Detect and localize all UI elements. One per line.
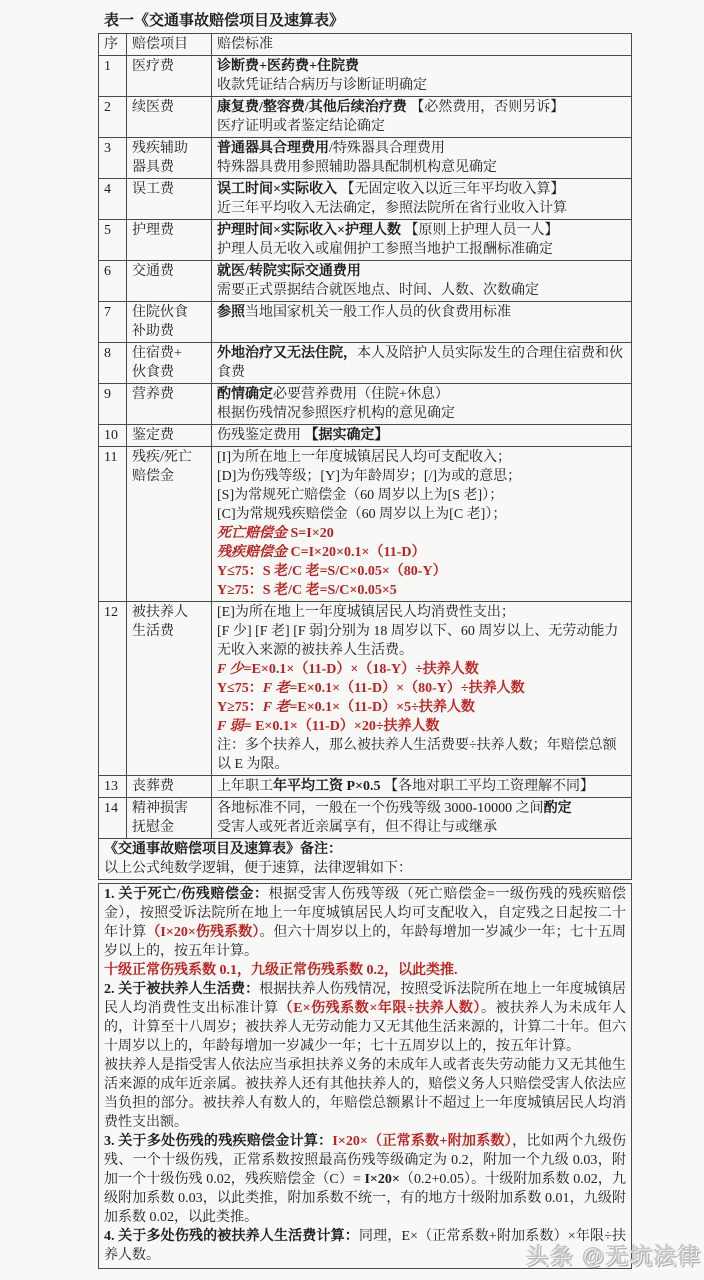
table-row: 10鉴定费伤残鉴定费用 【据实确定】 xyxy=(99,425,632,447)
text-segment: 必要营养费用（住院+休息） xyxy=(273,387,449,402)
text-segment: 收款凭证结合病历与诊断证明确定 xyxy=(217,78,427,93)
row-number-cell: 4 xyxy=(99,179,127,220)
text-segment: 各地标准不同，一般在一个伤残等级 3000-10000 之间 xyxy=(217,801,544,816)
text-segment: [C]为常规残疾赔偿金（60 周岁以上为[C 老]）； xyxy=(217,507,506,522)
standard-cell: 酌情确定必要营养费用（住院+休息）根据伤残情况参照医疗机构的意见确定 xyxy=(212,384,632,425)
text-segment: S=I×20 xyxy=(287,526,334,541)
item-cell: 误工费 xyxy=(127,179,212,220)
text-segment: 受害人或死者近亲属享有，但不得让与或继承 xyxy=(217,820,497,835)
text-segment: 特殊器具费用参照辅助器具配制机构意见确定 xyxy=(217,160,497,175)
row-number-cell: 3 xyxy=(99,138,127,179)
standard-paragraph: 医疗证明或者鉴定结论确定 xyxy=(217,117,626,136)
text-segment: 十级正常伤残系数 0.1，九级正常伤残系数 0.2，以此类推. xyxy=(104,963,458,978)
item-cell: 交通费 xyxy=(127,261,212,302)
standard-paragraph: F 弱= E×0.1×（11-D）×20÷扶养人数 xyxy=(217,717,626,736)
compensation-table: 序 赔偿项目 赔偿标准 1医疗费诊断费+医药费+住院费收款凭证结合病历与诊断证明… xyxy=(98,33,632,880)
item-cell: 残疾辅助器具费 xyxy=(127,138,212,179)
table-row: 9营养费酌情确定必要营养费用（住院+休息）根据伤残情况参照医疗机构的意见确定 xyxy=(99,384,632,425)
row-number-cell: 7 xyxy=(99,302,127,343)
standard-paragraph: 残疾赔偿金 C=I×20×0.1×（11-D） xyxy=(217,543,626,562)
standard-cell: 就医/转院实际交通费用需要正式票据结合就医地点、时间、人数、次数确定 xyxy=(212,261,632,302)
standard-cell: 参照当地国家机关一般工作人员的伙食费用标准 xyxy=(212,302,632,343)
row-number-cell: 5 xyxy=(99,220,127,261)
row-number-cell: 11 xyxy=(99,447,127,602)
text-segment: [D]为伤残等级；[Y]为年龄周岁；[/]为或的意思； xyxy=(217,469,521,484)
text-segment: 参照 xyxy=(217,305,245,320)
table-row: 7住院伙食补助费参照当地国家机关一般工作人员的伙食费用标准 xyxy=(99,302,632,343)
text-segment: （I×20×伤残系数） xyxy=(146,925,259,940)
row-number-cell: 12 xyxy=(99,602,127,776)
table-row: 1医疗费诊断费+医药费+住院费收款凭证结合病历与诊断证明确定 xyxy=(99,56,632,97)
standard-paragraph: 参照当地国家机关一般工作人员的伙食费用标准 xyxy=(217,303,626,322)
row-number-cell: 14 xyxy=(99,798,127,839)
text-segment: [E]为所在地上一年度城镇居民人均消费性支出； xyxy=(217,605,515,620)
text-segment: F 老 xyxy=(263,700,290,715)
compensation-table-body: 1医疗费诊断费+医药费+住院费收款凭证结合病历与诊断证明确定2续医费康复费/整容… xyxy=(99,56,632,839)
text-segment: = E×0.1×（11-D）×20÷扶养人数 xyxy=(244,719,440,734)
note-paragraph: 3. 关于多处伤残的残疾赔偿金计算：I×20×（正常系数+附加系数），比如两个九… xyxy=(104,1132,626,1227)
header-item: 赔偿项目 xyxy=(127,34,212,56)
text-segment: 1. 关于死亡/伤残赔偿金： xyxy=(104,887,269,902)
text-segment: 【据实确定】 xyxy=(305,428,389,443)
standard-paragraph: Y≤75：S 老/C 老=S/C×0.05×（80-Y） xyxy=(217,562,626,581)
standard-paragraph: 普通器具合理费用/特殊器具合理费用 xyxy=(217,139,626,158)
standard-paragraph: 收款凭证结合病历与诊断证明确定 xyxy=(217,76,626,95)
text-segment: 【必然费用，否则另诉】 xyxy=(407,100,565,115)
standard-cell: 上年职工年平均工资 P×0.5 【各地对职工平均工资理解不同】 xyxy=(212,776,632,798)
document-content: 表一《交通事故赔偿项目及速算表》 序 赔偿项目 赔偿标准 1医疗费诊断费+医药费… xyxy=(98,11,632,1269)
item-cell: 续医费 xyxy=(127,97,212,138)
standard-paragraph: 近三年平均收入无法确定，参照法院所在省行业收入计算 xyxy=(217,199,626,218)
standard-paragraph: F 少=E×0.1×（11-D）×（18-Y）÷扶养人数 xyxy=(217,660,626,679)
standard-paragraph: 各地标准不同，一般在一个伤残等级 3000-10000 之间酌定 xyxy=(217,799,626,818)
text-segment: 就医/转院实际交通费用 xyxy=(217,264,361,279)
standard-paragraph: 康复费/整容费/其他后续治疗费 【必然费用，否则另诉】 xyxy=(217,98,626,117)
text-segment: 普通器具合理费用 xyxy=(217,141,329,156)
item-cell: 精神损害抚慰金 xyxy=(127,798,212,839)
remark-row: 《交通事故赔偿项目及速算表》备注： 以上公式纯数学逻辑，便于速算，法律逻辑如下： xyxy=(99,839,632,880)
row-number-cell: 2 xyxy=(99,97,127,138)
row-number-cell: 9 xyxy=(99,384,127,425)
text-segment: 残疾赔偿金 xyxy=(217,545,287,560)
standard-paragraph: 外地治疗又无法住院，本人及陪护人员实际发生的合理住宿费和伙食费 xyxy=(217,344,626,382)
text-segment: 当地国家机关一般工作人员的伙食费用标准 xyxy=(245,305,511,320)
text-segment: 2. 关于被扶养人生活费： xyxy=(104,982,259,997)
text-segment: [I]为所在地上一年度城镇居民人均可支配收入； xyxy=(217,450,511,465)
standard-cell: [E]为所在地上一年度城镇居民人均消费性支出；[F 少] [F 老] [F 弱]… xyxy=(212,602,632,776)
standard-cell: 诊断费+医药费+住院费收款凭证结合病历与诊断证明确定 xyxy=(212,56,632,97)
text-segment: 需要正式票据结合就医地点、时间、人数、次数确定 xyxy=(217,283,539,298)
text-segment: [S]为常规死亡赔偿金（60 周岁以上为[S 老]）； xyxy=(217,488,503,503)
table-row: 3残疾辅助器具费普通器具合理费用/特殊器具合理费用特殊器具费用参照辅助器具配制机… xyxy=(99,138,632,179)
text-segment: Y≥75：S 老/C 老=S/C×0.05×5 xyxy=(217,583,397,598)
item-cell: 医疗费 xyxy=(127,56,212,97)
standard-paragraph: 注：多个扶养人，那么被扶养人生活费要÷扶养人数；年赔偿总额以 E 为限。 xyxy=(217,736,626,774)
page-root: { "colors": { "red": "#c01f1f", "text": … xyxy=(0,0,704,1280)
item-cell: 营养费 xyxy=(127,384,212,425)
text-segment: /特殊器具合理费用 xyxy=(329,141,445,156)
standard-paragraph: 根据伤残情况参照医疗机构的意见确定 xyxy=(217,404,626,423)
standard-cell: 护理时间×实际收入×护理人数 【原则上护理人员一人】护理人员无收入或雇佣护工参照… xyxy=(212,220,632,261)
item-cell: 被扶养人生活费 xyxy=(127,602,212,776)
item-cell: 丧葬费 xyxy=(127,776,212,798)
note-paragraph: 被扶养人是指受害人依法应当承担扶养义务的未成年人或者丧失劳动能力又无其他生活来源… xyxy=(104,1056,626,1132)
remark-cell: 《交通事故赔偿项目及速算表》备注： 以上公式纯数学逻辑，便于速算，法律逻辑如下： xyxy=(99,839,632,880)
standard-paragraph: 需要正式票据结合就医地点、时间、人数、次数确定 xyxy=(217,281,626,300)
item-cell: 护理费 xyxy=(127,220,212,261)
text-segment: 上年职工 xyxy=(217,779,273,794)
notes-box: 1. 关于死亡/伤残赔偿金：根据受害人伤残等级（死亡赔偿金=一级伤残的残疾赔偿金… xyxy=(98,883,632,1269)
note-paragraph: 2. 关于被扶养人生活费：根据扶养人伤残情况，按照受诉法院所在地上一年度城镇居民… xyxy=(104,980,626,1056)
row-number-cell: 13 xyxy=(99,776,127,798)
standard-paragraph: 伤残鉴定费用 【据实确定】 xyxy=(217,426,626,445)
text-segment: 护理时间×实际收入×护理人数 xyxy=(217,223,401,238)
page-title: 表一《交通事故赔偿项目及速算表》 xyxy=(104,11,632,31)
table-row: 4误工费误工时间×实际收入 【无固定收入以近三年平均收入算】近三年平均收入无法确… xyxy=(99,179,632,220)
table-row: 6交通费就医/转院实际交通费用需要正式票据结合就医地点、时间、人数、次数确定 xyxy=(99,261,632,302)
text-segment: Y≤75：S 老/C 老=S/C×0.05×（80-Y） xyxy=(217,564,447,579)
standard-cell: 误工时间×实际收入 【无固定收入以近三年平均收入算】近三年平均收入无法确定，参照… xyxy=(212,179,632,220)
text-segment: 医疗证明或者鉴定结论确定 xyxy=(217,119,385,134)
note-paragraph: 1. 关于死亡/伤残赔偿金：根据受害人伤残等级（死亡赔偿金=一级伤残的残疾赔偿金… xyxy=(104,885,626,961)
watermark: 头条 @无坑法律 xyxy=(525,1243,701,1269)
standard-paragraph: 就医/转院实际交通费用 xyxy=(217,262,626,281)
text-segment: F 老 xyxy=(263,681,290,696)
standard-paragraph: 护理人员无收入或雇佣护工参照当地护工报酬标准确定 xyxy=(217,240,626,259)
row-number-cell: 8 xyxy=(99,343,127,384)
text-segment: [F 少] [F 老] [F 弱]分别为 18 周岁以下、60 周岁以上、无劳动… xyxy=(217,624,618,658)
standard-paragraph: [S]为常规死亡赔偿金（60 周岁以上为[S 老]）； xyxy=(217,486,626,505)
text-segment: Y≤75： xyxy=(217,681,263,696)
note: 1. 关于死亡/伤残赔偿金：根据受害人伤残等级（死亡赔偿金=一级伤残的残疾赔偿金… xyxy=(104,885,626,980)
header-no: 序 xyxy=(99,34,127,56)
text-segment: 【原则上护理人员一人】 xyxy=(401,223,559,238)
standard-paragraph: 受害人或死者近亲属享有，但不得让与或继承 xyxy=(217,818,626,837)
text-segment: 注：多个扶养人，那么被扶养人生活费要÷扶养人数；年赔偿总额以 E 为限。 xyxy=(217,738,617,772)
text-segment: 误工时间×实际收入 xyxy=(217,182,337,197)
standard-paragraph: [D]为伤残等级；[Y]为年龄周岁；[/]为或的意思； xyxy=(217,467,626,486)
remark-subheading: 以上公式纯数学逻辑，便于速算，法律逻辑如下： xyxy=(104,859,626,878)
text-segment: C=I×20×0.1×（11-D） xyxy=(287,545,425,560)
item-cell: 住宿费+伙食费 xyxy=(127,343,212,384)
standard-paragraph: 误工时间×实际收入 【无固定收入以近三年平均收入算】 xyxy=(217,180,626,199)
standard-paragraph: [F 少] [F 老] [F 弱]分别为 18 周岁以下、60 周岁以上、无劳动… xyxy=(217,622,626,660)
text-segment: Y≥75： xyxy=(217,700,263,715)
standard-paragraph: 上年职工年平均工资 P×0.5 【各地对职工平均工资理解不同】 xyxy=(217,777,626,796)
text-segment: 年平均工资 P×0.5 xyxy=(273,779,381,794)
text-segment: 伤残鉴定费用 xyxy=(217,428,305,443)
row-number-cell: 6 xyxy=(99,261,127,302)
item-cell: 鉴定费 xyxy=(127,425,212,447)
text-segment: （E×伤残系数×年限÷扶养人数） xyxy=(279,1001,481,1016)
standard-paragraph: [E]为所在地上一年度城镇居民人均消费性支出； xyxy=(217,603,626,622)
standard-paragraph: 特殊器具费用参照辅助器具配制机构意见确定 xyxy=(217,158,626,177)
text-segment: 3. 关于多处伤残的残疾赔偿金计算： xyxy=(104,1134,332,1149)
note: 2. 关于被扶养人生活费：根据扶养人伤残情况，按照受诉法院所在地上一年度城镇居民… xyxy=(104,980,626,1132)
standard-paragraph: 酌情确定必要营养费用（住院+休息） xyxy=(217,385,626,404)
row-number-cell: 1 xyxy=(99,56,127,97)
text-segment: F 少 xyxy=(217,662,244,677)
table-row: 12被扶养人生活费[E]为所在地上一年度城镇居民人均消费性支出；[F 少] [F… xyxy=(99,602,632,776)
table-row: 13丧葬费上年职工年平均工资 P×0.5 【各地对职工平均工资理解不同】 xyxy=(99,776,632,798)
remark-heading: 《交通事故赔偿项目及速算表》备注： xyxy=(104,840,626,859)
table-row: 2续医费康复费/整容费/其他后续治疗费 【必然费用，否则另诉】医疗证明或者鉴定结… xyxy=(99,97,632,138)
text-segment: 近三年平均收入无法确定，参照法院所在省行业收入计算 xyxy=(217,201,567,216)
standard-paragraph: Y≥75：F 老=E×0.1×（11-D）×5÷扶养人数 xyxy=(217,698,626,717)
text-segment: 4. 关于多处伤残的被扶养人生活费计算： xyxy=(104,1229,359,1244)
text-segment: =E×0.1×（11-D）×5÷扶养人数 xyxy=(289,700,474,715)
text-segment: 外地治疗又无法住院， xyxy=(217,346,357,361)
text-segment: 护理人员无收入或雇佣护工参照当地护工报酬标准确定 xyxy=(217,242,553,257)
standard-paragraph: 诊断费+医药费+住院费 xyxy=(217,57,626,76)
standard-paragraph: 护理时间×实际收入×护理人数 【原则上护理人员一人】 xyxy=(217,221,626,240)
text-segment: 【各地对职工平均工资理解不同】 xyxy=(381,779,595,794)
text-segment: F 弱 xyxy=(217,719,244,734)
note: 3. 关于多处伤残的残疾赔偿金计算：I×20×（正常系数+附加系数），比如两个九… xyxy=(104,1132,626,1227)
table-row: 8住宿费+伙食费外地治疗又无法住院，本人及陪护人员实际发生的合理住宿费和伙食费 xyxy=(99,343,632,384)
item-cell: 住院伙食补助费 xyxy=(127,302,212,343)
text-segment: =E×0.1×（11-D）×（80-Y）÷扶养人数 xyxy=(289,681,524,696)
standard-paragraph: 死亡赔偿金 S=I×20 xyxy=(217,524,626,543)
standard-paragraph: Y≥75：S 老/C 老=S/C×0.05×5 xyxy=(217,581,626,600)
item-cell: 残疾/死亡赔偿金 xyxy=(127,447,212,602)
text-segment: 诊断费+医药费+住院费 xyxy=(217,59,359,74)
standard-paragraph: [I]为所在地上一年度城镇居民人均可支配收入； xyxy=(217,448,626,467)
standard-cell: 各地标准不同，一般在一个伤残等级 3000-10000 之间酌定受害人或死者近亲… xyxy=(212,798,632,839)
text-segment: 酌定 xyxy=(544,801,572,816)
text-segment: 死亡赔偿金 xyxy=(217,526,287,541)
table-row: 11残疾/死亡赔偿金[I]为所在地上一年度城镇居民人均可支配收入；[D]为伤残等… xyxy=(99,447,632,602)
table-row: 5护理费护理时间×实际收入×护理人数 【原则上护理人员一人】护理人员无收入或雇佣… xyxy=(99,220,632,261)
table-header-row: 序 赔偿项目 赔偿标准 xyxy=(99,34,632,56)
text-segment: 被扶养人是指受害人依法应当承担扶养义务的未成年人或者丧失劳动能力又无其他生活来源… xyxy=(104,1058,626,1130)
text-segment: 根据伤残情况参照医疗机构的意见确定 xyxy=(217,406,455,421)
standard-paragraph: Y≤75：F 老=E×0.1×（11-D）×（80-Y）÷扶养人数 xyxy=(217,679,626,698)
table-row: 14精神损害抚慰金各地标准不同，一般在一个伤残等级 3000-10000 之间酌… xyxy=(99,798,632,839)
standard-cell: [I]为所在地上一年度城镇居民人均可支配收入；[D]为伤残等级；[Y]为年龄周岁… xyxy=(212,447,632,602)
standard-paragraph: [C]为常规残疾赔偿金（60 周岁以上为[C 老]）； xyxy=(217,505,626,524)
standard-cell: 外地治疗又无法住院，本人及陪护人员实际发生的合理住宿费和伙食费 xyxy=(212,343,632,384)
text-segment: I×20×（正常系数+附加系数） xyxy=(332,1134,512,1149)
row-number-cell: 10 xyxy=(99,425,127,447)
text-segment: I×20× xyxy=(364,1172,399,1187)
note-paragraph: 十级正常伤残系数 0.1，九级正常伤残系数 0.2，以此类推. xyxy=(104,961,626,980)
header-standard: 赔偿标准 xyxy=(212,34,632,56)
standard-cell: 康复费/整容费/其他后续治疗费 【必然费用，否则另诉】医疗证明或者鉴定结论确定 xyxy=(212,97,632,138)
standard-cell: 伤残鉴定费用 【据实确定】 xyxy=(212,425,632,447)
text-segment: 【无固定收入以近三年平均收入算】 xyxy=(337,182,565,197)
standard-cell: 普通器具合理费用/特殊器具合理费用特殊器具费用参照辅助器具配制机构意见确定 xyxy=(212,138,632,179)
text-segment: =E×0.1×（11-D）×（18-Y）÷扶养人数 xyxy=(244,662,479,677)
text-segment: 酌情确定 xyxy=(217,387,273,402)
text-segment: 康复费/整容费/其他后续治疗费 xyxy=(217,100,407,115)
